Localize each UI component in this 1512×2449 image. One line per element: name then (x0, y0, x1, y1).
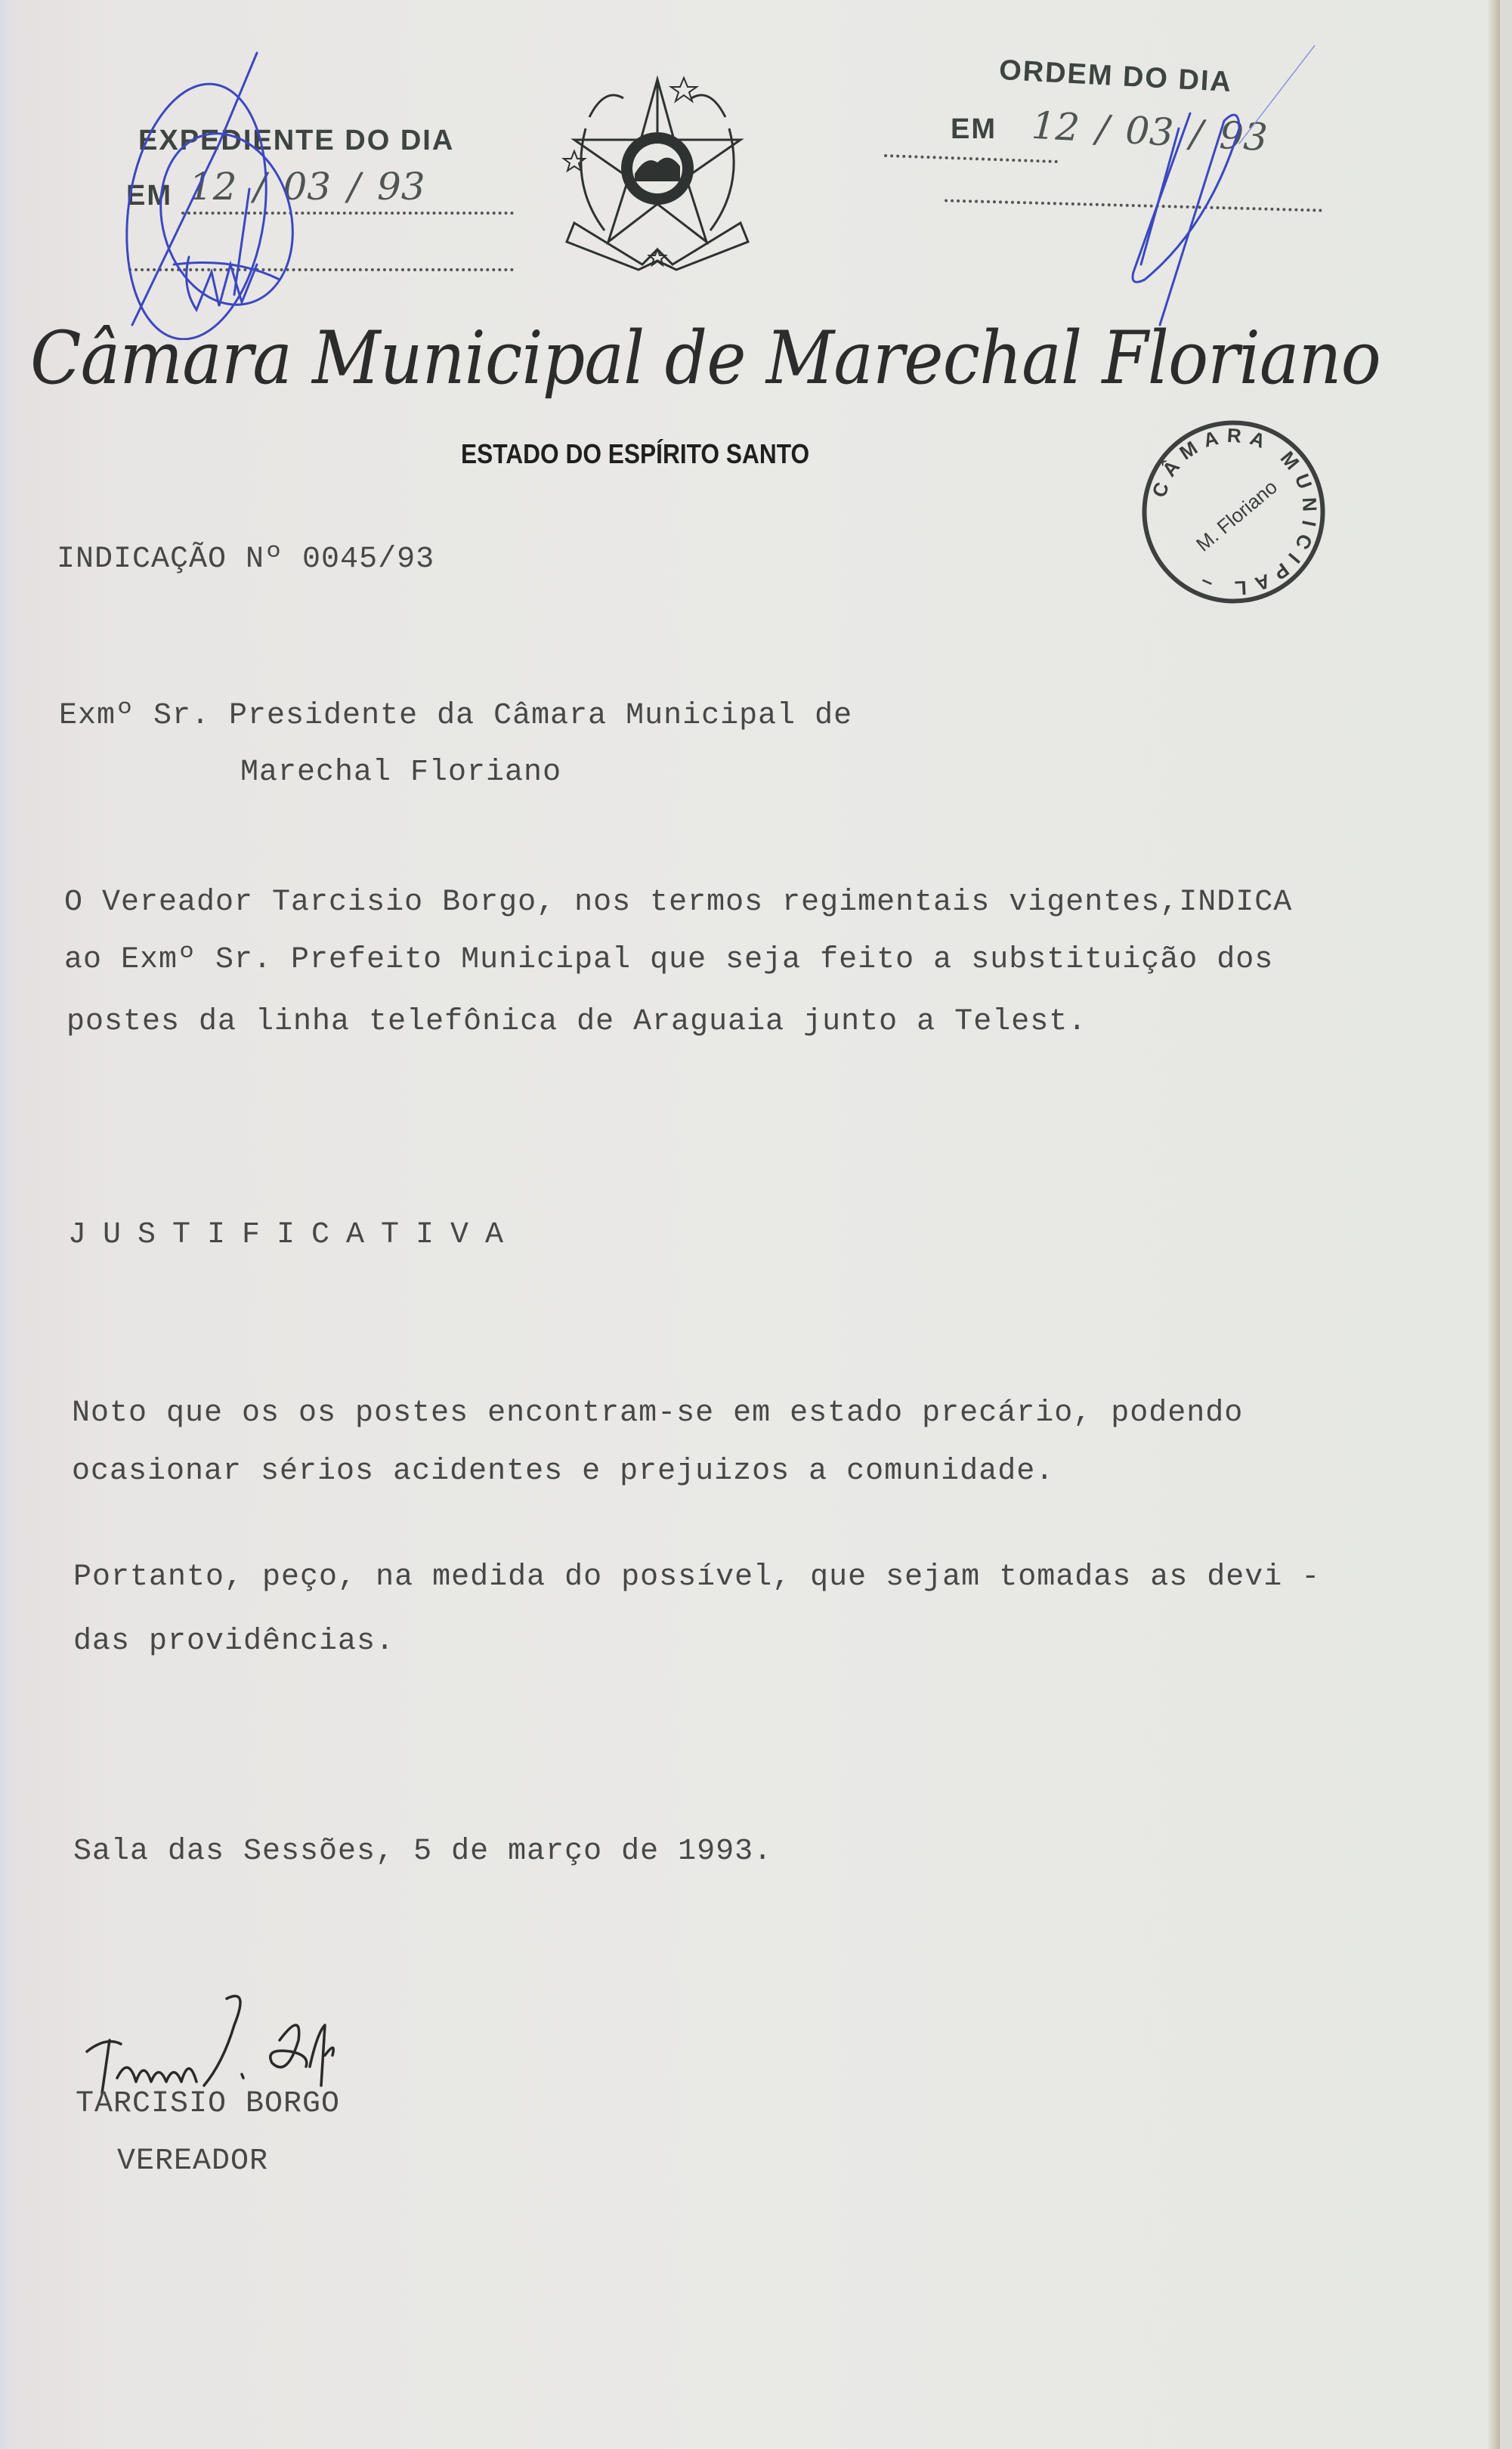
page-left-edge (0, 0, 11, 2449)
document-page: EXPEDIENTE DO DIA EM 12/03/93 (0, 0, 1500, 2449)
paragraph-2-line-2: ocasionar sérios acidentes e prejuizos a… (72, 1455, 1054, 1489)
letterhead-subtitle: ESTADO DO ESPÍRITO SANTO (461, 438, 809, 470)
seal-inner-text: M. Floriano (1192, 475, 1282, 556)
section-heading-justificativa: JUSTIFICATIVA (68, 1218, 520, 1252)
municipal-seal-stamp: CÂMARA MUNICIPAL – M. Floriano (1141, 419, 1326, 605)
signer-title: VEREADOR (117, 2144, 268, 2178)
paragraph-1-line-3: postes da linha telefônica de Araguaia j… (66, 1005, 1087, 1039)
signer-name: TARCISIO BORGO (76, 2087, 340, 2121)
paragraph-3-line-2: das providências. (73, 1625, 394, 1659)
salutation-line-1: Exmº Sr. Presidente da Câmara Municipal … (59, 699, 852, 733)
letterhead-title: Câmara Municipal de Marechal Floriano (30, 316, 1381, 400)
place-and-date: Sala das Sessões, 5 de março de 1993. (73, 1835, 772, 1869)
ordem-pen-signature (1058, 45, 1375, 348)
ordem-date-line (884, 154, 1058, 163)
paragraph-2-line-1: Noto que os os postes encontram-se em es… (72, 1396, 1243, 1430)
expediente-pen-signature (68, 38, 385, 340)
reference-number: INDICAÇÃO Nº 0045/93 (57, 543, 434, 577)
page-right-edge (1488, 0, 1500, 2449)
ordem-em-label: EM (951, 113, 997, 146)
coat-of-arms-icon (559, 72, 756, 272)
handwritten-signature (76, 1980, 423, 2101)
paragraph-1-line-1: O Vereador Tarcisio Borgo, nos termos re… (64, 886, 1292, 920)
salutation-line-2: Marechal Floriano (240, 756, 561, 790)
paragraph-1-line-2: ao Exmº Sr. Prefeito Municipal que seja … (64, 943, 1273, 977)
paragraph-3-line-1: Portanto, peço, na medida do possível, q… (73, 1560, 1320, 1594)
